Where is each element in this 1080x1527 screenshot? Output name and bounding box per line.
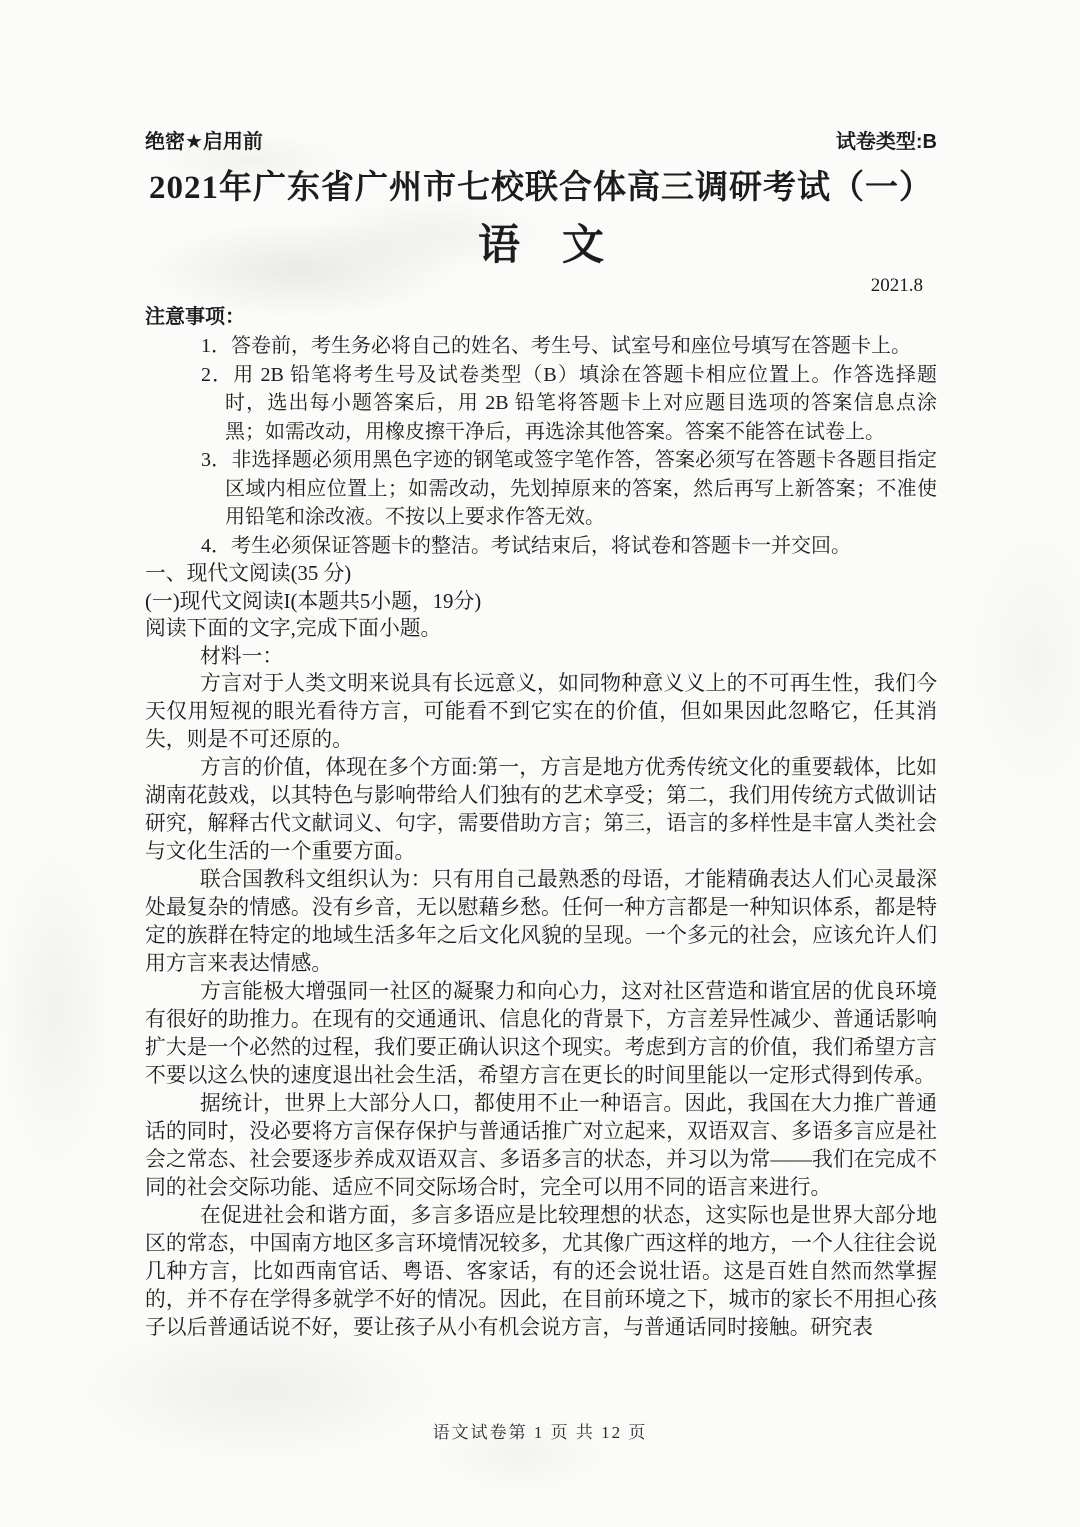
notice-item-3: 3．非选择题必须用黑色字迹的钢笔或签字笔作答，答案必须写在答题卡各题目指定区域内… [145,446,937,532]
notice-heading: 注意事项： [145,304,937,330]
subject-title: 语 文 [145,217,937,273]
exam-date: 2021.8 [145,275,937,297]
notice-list: 1．答卷前，考生务必将自己的姓名、考生号、试室号和座位号填写在答题卡上。 2．用… [145,332,937,560]
reading-paragraph: 方言能极大增强同一社区的凝聚力和向心力，这对社区营造和谐宜居的优良环境有很好的助… [145,978,937,1090]
notice-item-2: 2．用 2B 铅笔将考生号及试卷类型（B）填涂在答题卡相应位置上。作答选择题时，… [145,361,937,447]
reading-paragraph: 方言的价值，体现在多个方面:第一，方言是地方优秀传统文化的重要载体，比如湖南花鼓… [145,754,937,866]
reading-paragraph: 方言对于人类文明来说具有长远意义，如同物种意义义上的不可再生性，我们今天仅用短视… [145,670,937,754]
security-classification-label: 绝密★启用前 [145,125,263,154]
page-footer: 语文试卷第 1 页 共 12 页 [0,1418,1080,1443]
notice-item-1: 1．答卷前，考生务必将自己的姓名、考生号、试室号和座位号填写在答题卡上。 [145,332,937,361]
page-header: 绝密★启用前 试卷类型:B [145,125,937,149]
paper-type-label: 试卷类型:B [836,125,937,154]
notice-item-4: 4．考生必须保证答题卡的整洁。考试结束后，将试卷和答题卡一并交回。 [145,532,937,561]
material-label: 材料一： [145,643,937,671]
exam-paper-page: 绝密★启用前 试卷类型:B 2021年广东省广州市七校联合体高三调研考试（一） … [0,0,1080,1527]
reading-paragraph: 在促进社会和谐方面，多言多语应是比较理想的状态，这实际也是世界大部分地区的常态，… [145,1202,937,1342]
page-content: 绝密★启用前 试卷类型:B 2021年广东省广州市七校联合体高三调研考试（一） … [145,0,937,1342]
exam-title: 2021年广东省广州市七校联合体高三调研考试（一） [145,165,937,211]
section-heading: 一、现代文阅读(35 分) [145,560,937,588]
subsection-heading: (一)现代文阅读I(本题共5小题，19分) [145,588,937,616]
reading-paragraph: 据统计，世界上大部分人口，都使用不止一种语言。因此，我国在大力推广普通话的同时，… [145,1090,937,1202]
reading-instruction: 阅读下面的文字,完成下面小题。 [145,615,937,643]
reading-paragraph: 联合国教科文组织认为：只有用自己最熟悉的母语，才能精确表达人们心灵最深处最复杂的… [145,866,937,978]
